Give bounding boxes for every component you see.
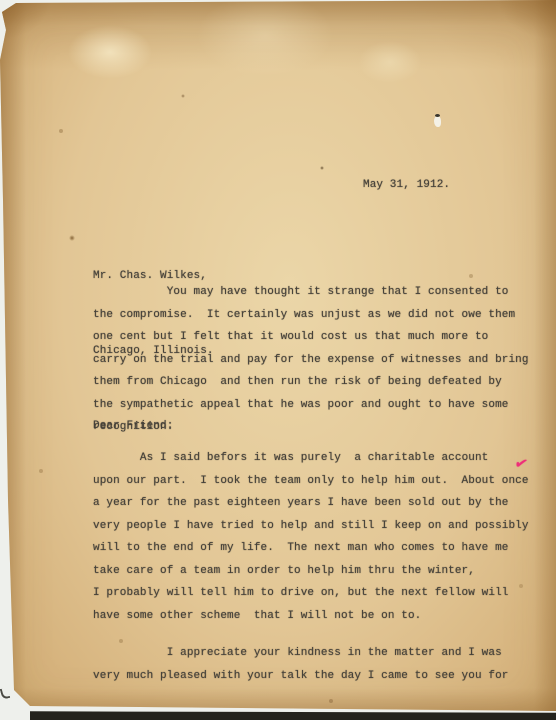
letter-scan: May 31, 1912. Mr. Chas. Wilkes, Chicago,… xyxy=(0,0,556,720)
paper-foxing-specks xyxy=(0,0,2,2)
paper-hole xyxy=(434,116,441,127)
letter-paper: May 31, 1912. Mr. Chas. Wilkes, Chicago,… xyxy=(0,0,556,720)
letter-paragraph-1: You may have thought it strange that I c… xyxy=(93,281,555,439)
letter-date: May 31, 1912. xyxy=(363,174,450,197)
scan-margin-mark xyxy=(0,687,10,700)
letter-paragraph-3: I appreciate your kindness in the matter… xyxy=(93,642,555,687)
letter-paragraph-2: As I said befors it was purely a charita… xyxy=(93,447,555,627)
scan-bottom-edge-shadow xyxy=(30,711,556,720)
